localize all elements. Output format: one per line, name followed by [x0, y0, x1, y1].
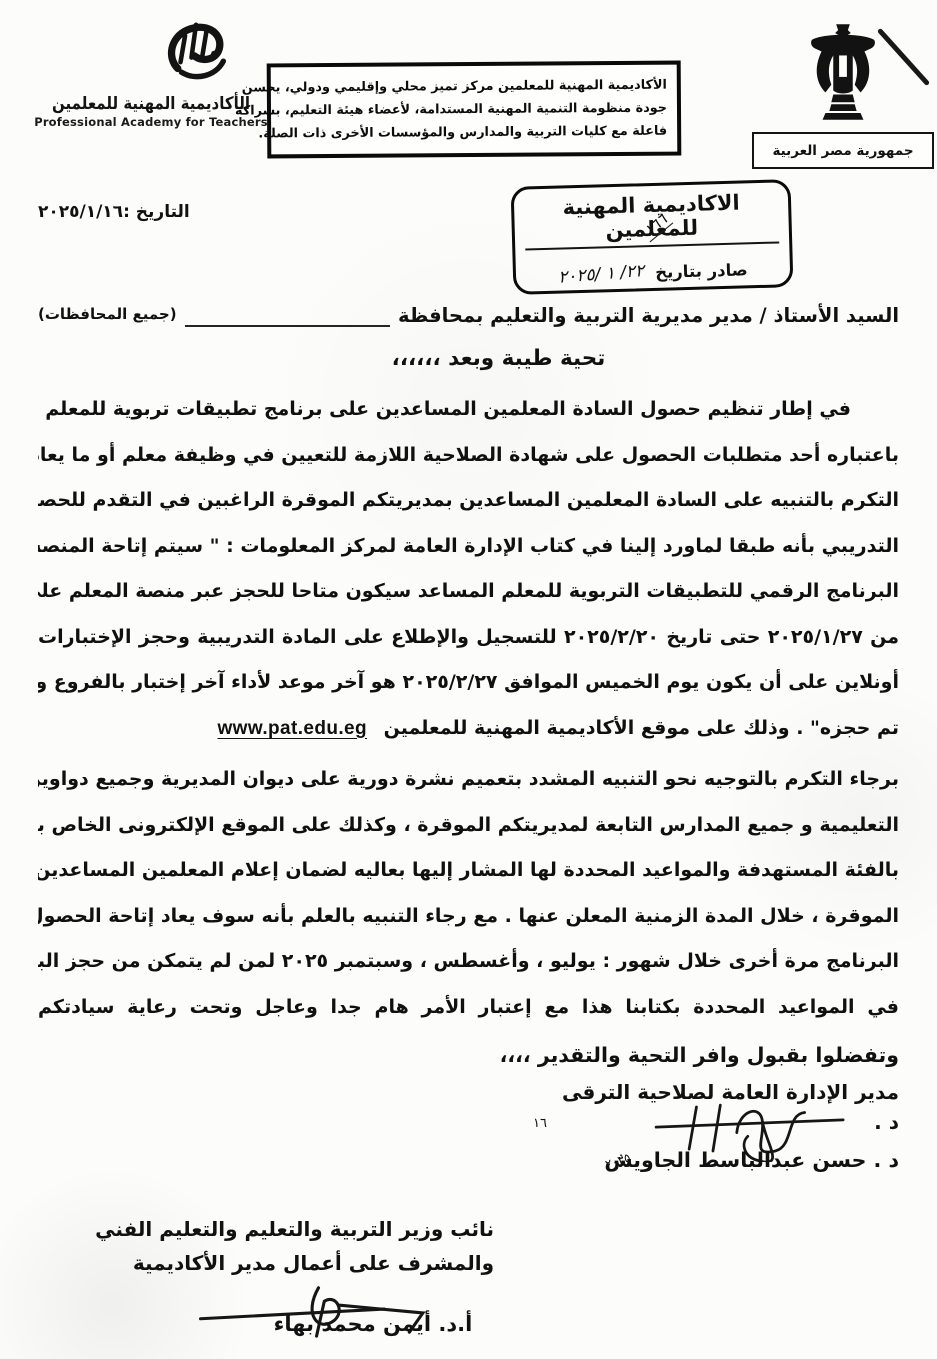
closing-line: وتفضلوا بقبول وافر التحية والتقدير ،،،، [38, 1032, 899, 1078]
deputy-title-line-1: نائب وزير التربية والتعليم والتعليم الفن… [142, 1212, 494, 1246]
letter-date: التاريخ :٢٠٢٥/١/١٦ [38, 202, 190, 222]
body-line: التكرم بالتنبيه على السادة المعلمين المس… [38, 478, 899, 524]
mission-line-1: الأكاديمية المهنية للمعلمين مركز تميز مح… [281, 74, 667, 100]
mission-statement-box: الأكاديمية المهنية للمعلمين مركز تميز مح… [267, 61, 682, 159]
body-line-text: تم حجزه" . وذلك على موقع الأكاديمية المه… [384, 717, 899, 739]
greeting-line: تحية طيبة وبعد ،،،،،، [38, 346, 899, 371]
country-label: جمهورية مصر العربية [752, 132, 934, 169]
egypt-eagle-icon [804, 22, 882, 124]
body-line: البرنامج مرة أخرى خلال شهور : يوليو ، وأ… [38, 939, 899, 985]
body-line: في إطار تنظيم حصول السادة المعلمين المسا… [38, 387, 899, 433]
signature-block-deputy-minister: نائب وزير التربية والتعليم والتعليم الفن… [142, 1212, 494, 1336]
blank-underline [185, 305, 390, 327]
body-line: التعليمية و جميع المدارس التابعة لمديريت… [38, 803, 899, 849]
body-line: بالفئة المستهدفة والمواعيد المحددة لها ا… [38, 848, 899, 894]
addressee-row: السيد الأستاذ / مدير مديرية التربية والت… [38, 298, 899, 332]
stamp-handwritten-date: ٢٢/ ١ /٢٠٢٥ [558, 261, 646, 288]
signer-name: د . حسن عبدالباسط الجاويش [38, 1148, 899, 1172]
handwritten-number: ١٦ [533, 1116, 547, 1131]
mission-line-2: جودة منظومة التنمية المهنية المستدامة، ل… [281, 97, 667, 123]
stamp-issued-prefix: صادر بتاريخ [655, 260, 748, 282]
stamp-issued-line: صادر بتاريخ ٢٢/ ١ /٢٠٢٥ [516, 259, 790, 287]
body-line: باعتباره أحد متطلبات الحصول على شهادة ال… [38, 433, 899, 479]
deputy-name: أ.د. أيمن محمد بهاء [142, 1312, 494, 1336]
body-line-with-url: تم حجزه" . وذلك على موقع الأكاديمية المه… [38, 706, 899, 752]
body-line: التدريبي بأنه طبقا لماورد إلينا في كتاب … [38, 524, 899, 570]
body-line: الموقرة ، خلال المدة الزمنية المعلن عنها… [38, 894, 899, 940]
body-line: من ٢٠٢٥/١/٢٧ حتى تاريخ ٢٠٢٥/٢/٢٠ للتسجيل… [38, 615, 899, 661]
academy-website-link[interactable]: www.pat.edu.eg [218, 706, 368, 752]
academy-calligraphy-icon [150, 12, 242, 94]
scanned-letter-page: الأكاديمية المهنية للمعلمين Professional… [0, 0, 937, 1359]
paragraph-1: في إطار تنظيم حصول السادة المعلمين المسا… [38, 387, 899, 751]
signature-block-director: مدير الإدارة العامة لصلاحية الترقى د . ١… [38, 1080, 899, 1172]
body-line: في المواعيد المحددة بكتابنا هذا مع إعتبا… [38, 985, 899, 1031]
body-line: البرنامج الرقمي للتطبيقات التربوية للمعل… [38, 569, 899, 615]
addressee-note: (جميع المحافظات) [38, 298, 177, 332]
issued-stamp: الاكاديمية المهنية للمعلمين صادر بتاريخ … [511, 179, 794, 295]
doctor-prefix: د . [874, 1110, 899, 1134]
deputy-title-line-2: والمشرف على أعمال مدير الأكاديمية [142, 1246, 494, 1280]
emblem-block: جمهورية مصر العربية [752, 22, 934, 169]
body-line: برجاء التكرم بالتوجيه نحو التنبيه المشدد… [38, 757, 899, 803]
letter-body: السيد الأستاذ / مدير مديرية التربية والت… [38, 298, 899, 1172]
addressee-text: السيد الأستاذ / مدير مديرية التربية والت… [398, 300, 899, 332]
paragraph-2: برجاء التكرم بالتوجيه نحو التنبيه المشدد… [38, 757, 899, 1030]
mission-line-3: فاعلة مع كليات التربية والمدارس والمؤسسا… [281, 120, 667, 146]
body-line: أونلاين على أن يكون يوم الخميس الموافق ٢… [38, 660, 899, 706]
